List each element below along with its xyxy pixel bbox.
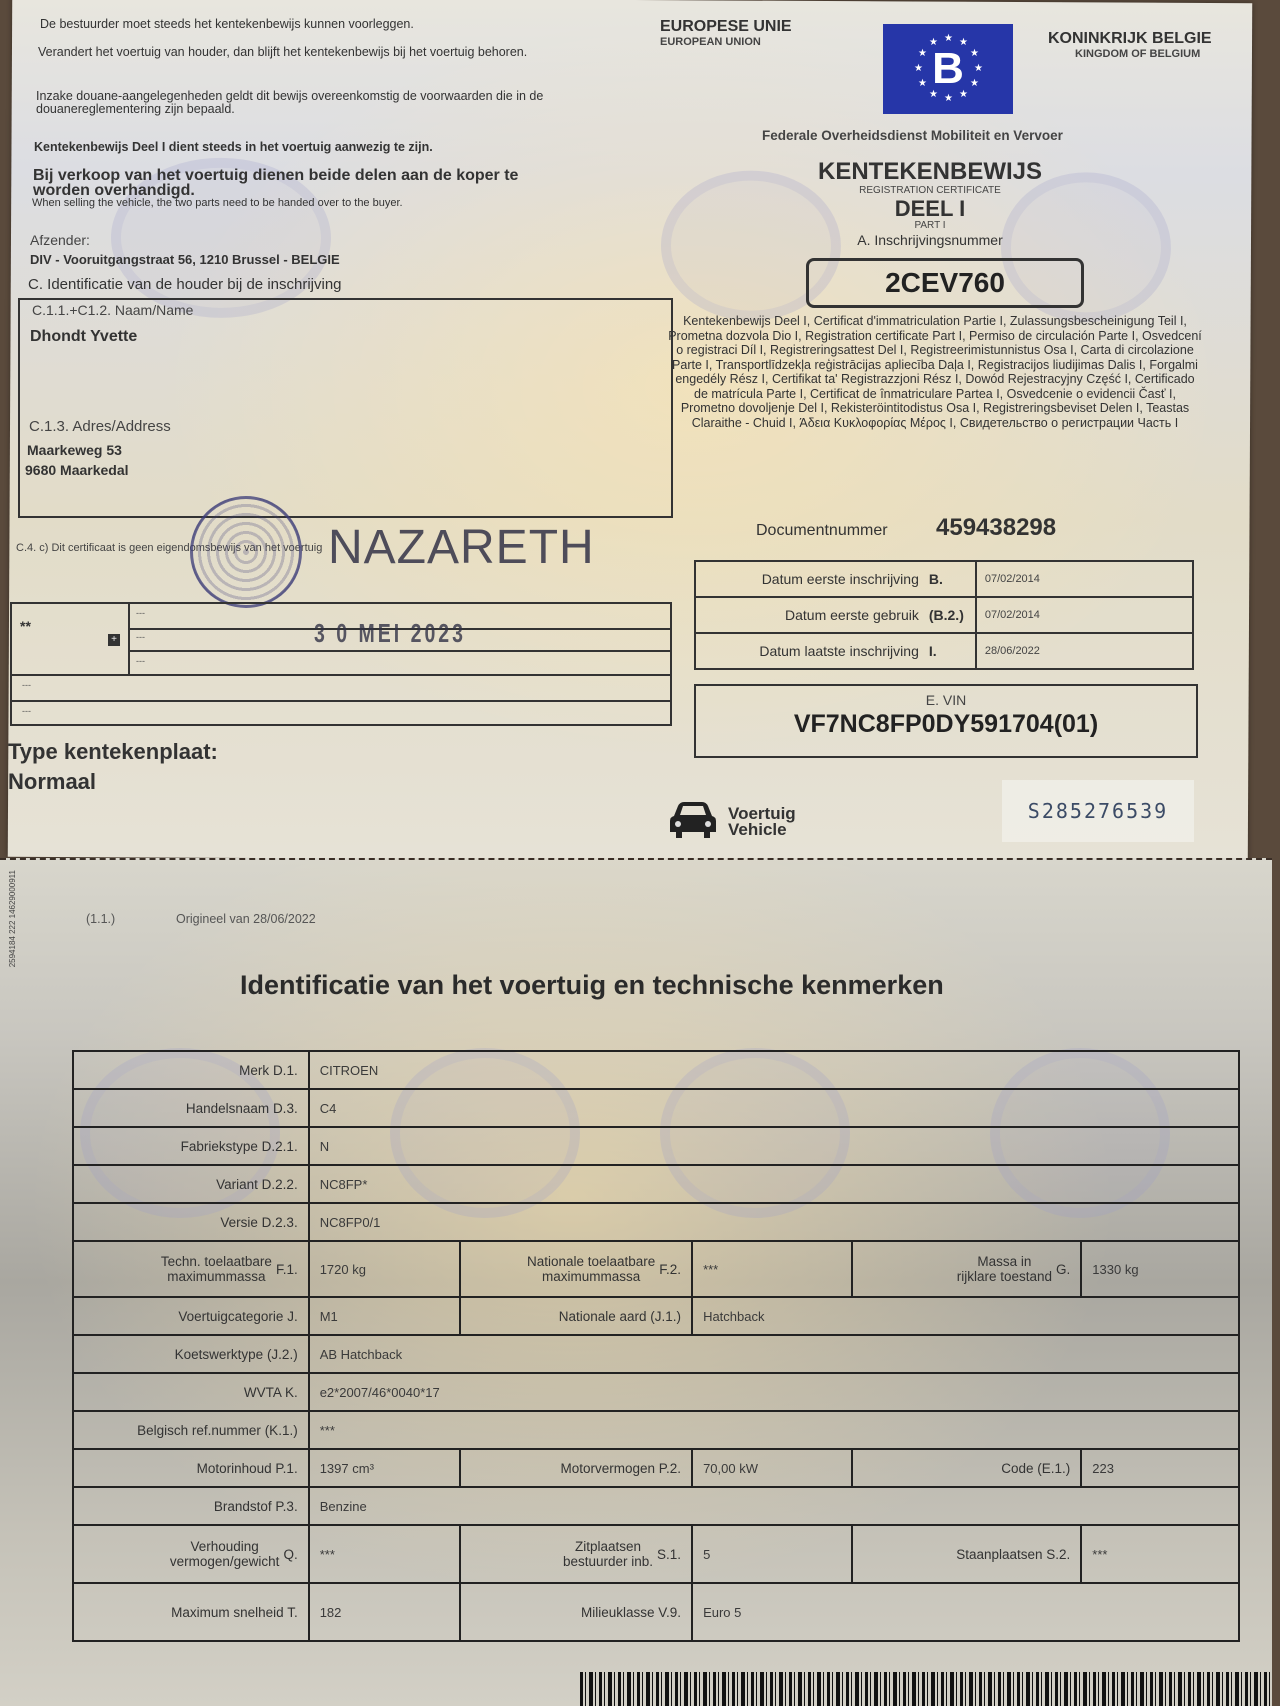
code: F.2. — [659, 1262, 681, 1277]
code: (K.1.) — [265, 1423, 298, 1438]
stamp-date: 3 0 MEI 2023 — [314, 618, 466, 649]
date-code: (B.2.) — [929, 607, 965, 623]
t-value: 182 — [309, 1583, 461, 1641]
label: maximummassa — [542, 1269, 640, 1284]
row-engine: Motorinhoud P.1. 1397 cm³ Motorvermogen … — [73, 1449, 1239, 1487]
label: Code — [1001, 1461, 1033, 1476]
holder-name-label: C.1.1.+C1.2. Naam/Name — [32, 302, 193, 318]
label: Verhouding — [191, 1539, 259, 1554]
label: Fabriekstype — [181, 1139, 258, 1154]
label: Milieuklasse — [581, 1605, 655, 1620]
label: Nationale aard — [559, 1309, 647, 1324]
row-variant: Variant D.2.2. NC8FP* — [73, 1165, 1239, 1203]
barcode — [580, 1672, 1270, 1706]
label: Handelsnaam — [186, 1101, 269, 1116]
label: Motorvermogen — [560, 1461, 655, 1476]
merk-value: CITROEN — [309, 1051, 1239, 1089]
row-category: Voertuigcategorie J. M1 Nationale aard (… — [73, 1297, 1239, 1335]
vin-label: E. VIN — [696, 692, 1196, 708]
holder-city: 9680 Maarkedal — [25, 462, 129, 478]
label: Zitplaatsen — [575, 1539, 641, 1554]
vin-box: E. VIN VF7NC8FP0DY591704(01) — [694, 684, 1198, 758]
date-code: I. — [929, 643, 965, 659]
date-value: 07/02/2014 — [976, 561, 1193, 597]
date-value: 28/06/2022 — [976, 633, 1193, 669]
code: S.2. — [1046, 1547, 1070, 1562]
code: (J.1.) — [650, 1309, 681, 1324]
label: Brandstof — [214, 1499, 272, 1514]
k1-value: *** — [309, 1411, 1239, 1449]
technical-table: Merk D.1. CITROEN Handelsnaam D.3. C4 Fa… — [72, 1050, 1240, 1642]
eu-label-en: EUROPEAN UNION — [660, 36, 761, 48]
f2-value: *** — [692, 1241, 852, 1297]
row-merk: Merk D.1. CITROEN — [73, 1051, 1239, 1089]
row-fuel: Brandstof P.3. Benzine — [73, 1487, 1239, 1525]
holder-street: Maarkeweg 53 — [27, 442, 122, 458]
row-handelsnaam: Handelsnaam D.3. C4 — [73, 1089, 1239, 1127]
date-value: 07/02/2014 — [976, 597, 1193, 633]
code: V.9. — [658, 1605, 681, 1620]
code: T. — [287, 1605, 298, 1620]
reg-stars: ** — [20, 618, 31, 634]
j-value: M1 — [309, 1297, 461, 1335]
eu-label: EUROPESE UNIE — [660, 20, 792, 34]
car-icon — [668, 800, 718, 840]
document-number: 459438298 — [936, 514, 1056, 542]
date-row-first-use: Datum eerste gebruik(B.2.) 07/02/2014 — [695, 597, 1193, 633]
date-label: Datum eerste gebruik — [785, 607, 919, 623]
sender-label: Afzender: — [30, 232, 90, 248]
note-selling-nl: Bij verkoop van het voertuig dienen beid… — [33, 168, 573, 198]
code: P.1. — [275, 1461, 297, 1476]
code: (E.1.) — [1037, 1461, 1070, 1476]
variant-value: NC8FP* — [309, 1165, 1239, 1203]
original-date: Origineel van 28/06/2022 — [176, 912, 316, 926]
sender-address: DIV - Vooruitgangstraat 56, 1210 Brussel… — [30, 252, 340, 267]
code: P.2. — [659, 1461, 681, 1476]
stamp-city: NAZARETH — [328, 520, 595, 575]
note-holder-change: Verandert het voertuig van houder, dan b… — [38, 46, 578, 59]
reg-dash: --- — [22, 680, 31, 690]
technical-section-title: Identificatie van het voertuig en techni… — [240, 970, 944, 1001]
serial-box: S285276539 — [1002, 780, 1194, 842]
label: Versie — [220, 1215, 258, 1230]
plate-number-label: A. Inschrijvingsnummer — [780, 232, 1080, 248]
note-keep-in-vehicle: Kentekenbewijs Deel I dient steeds in he… — [34, 140, 433, 154]
label: Koetswerktype — [175, 1347, 264, 1362]
row-wvta: WVTA K. e2*2007/46*0040*17 — [73, 1373, 1239, 1411]
code: P.3. — [275, 1499, 297, 1514]
row-mass: Techn. toelaatbaremaximummassaF.1. 1720 … — [73, 1241, 1239, 1297]
multilingual-title: Kentekenbewijs Deel I, Certificat d'imma… — [668, 314, 1202, 430]
part-label: DEEL I — [780, 196, 1080, 222]
document-number-label: Documentnummer — [756, 522, 888, 540]
p2-value: 70,00 kW — [692, 1449, 852, 1487]
row-seats: Verhoudingvermogen/gewichtQ. *** Zitplaa… — [73, 1525, 1239, 1583]
note-selling-en: When selling the vehicle, the two parts … — [32, 197, 403, 209]
vin-value: VF7NC8FP0DY591704(01) — [696, 710, 1196, 739]
side-code: 2594184 222 14629000911 — [8, 870, 17, 967]
code: G. — [1056, 1262, 1070, 1277]
note-present-certificate: De bestuurder moet steeds het kentekenbe… — [40, 18, 414, 31]
date-row-last-registration: Datum laatste inschrijvingI. 28/06/2022 — [695, 633, 1193, 669]
label: Techn. toelaatbare — [161, 1254, 272, 1269]
row-ref-number: Belgisch ref.nummer (K.1.) *** — [73, 1411, 1239, 1449]
code: D.2.3. — [262, 1215, 298, 1230]
code: D.3. — [273, 1101, 298, 1116]
row-fabriekstype: Fabriekstype D.2.1. N — [73, 1127, 1239, 1165]
row-body-type: Koetswerktype (J.2.) AB Hatchback — [73, 1335, 1239, 1373]
eu-flag-icon: ★★★ ★★★ ★★★ ★★★ B — [883, 24, 1013, 114]
s2-value: *** — [1081, 1525, 1239, 1583]
holder-address-label: C.1.3. Adres/Address — [29, 418, 171, 435]
label: Belgisch ref.nummer — [137, 1423, 261, 1438]
code: F.1. — [276, 1262, 298, 1277]
s1-value: 5 — [692, 1525, 852, 1583]
kingdom-label-en: KINGDOM OF BELGIUM — [1075, 48, 1200, 60]
k-value: e2*2007/46*0040*17 — [309, 1373, 1239, 1411]
holder-section-title: C. Identificatie van de houder bij de in… — [28, 276, 342, 293]
plus-icon: + — [108, 634, 120, 646]
p1-value: 1397 cm³ — [309, 1449, 461, 1487]
copy-code: (1.1.) — [86, 912, 115, 926]
code: D.1. — [273, 1063, 298, 1078]
label: WVTA — [244, 1385, 281, 1400]
plate-type-value: Normaal — [8, 766, 96, 798]
p3-value: Benzine — [309, 1487, 1239, 1525]
label: Motorinhoud — [197, 1461, 272, 1476]
label: Voertuigcategorie — [178, 1309, 283, 1324]
dates-table: Datum eerste inschrijvingB. 07/02/2014 D… — [694, 560, 1194, 670]
plate-number: 2CEV760 — [806, 258, 1084, 308]
fabriekstype-value: N — [309, 1127, 1239, 1165]
row-versie: Versie D.2.3. NC8FP0/1 — [73, 1203, 1239, 1241]
code: Q. — [283, 1547, 297, 1562]
code: S.1. — [657, 1547, 681, 1562]
date-row-first-registration: Datum eerste inschrijvingB. 07/02/2014 — [695, 561, 1193, 597]
label: Merk — [239, 1063, 269, 1078]
label: Maximum snelheid — [171, 1605, 284, 1620]
code: (J.2.) — [267, 1347, 298, 1362]
plate-type-label: Type kentekenplaat: — [8, 736, 218, 768]
code: K. — [285, 1385, 298, 1400]
note-customs: Inzake douane-aangelegenheden geldt dit … — [36, 90, 616, 116]
versie-value: NC8FP0/1 — [309, 1203, 1239, 1241]
g-value: 1330 kg — [1081, 1241, 1239, 1297]
part-label-en: PART I — [780, 220, 1080, 231]
code: J. — [287, 1309, 298, 1324]
j2-value: AB Hatchback — [309, 1335, 1239, 1373]
label: bestuurder inb. — [563, 1554, 653, 1569]
label: vermogen/gewicht — [170, 1554, 280, 1569]
municipal-seal-icon — [190, 496, 302, 608]
country-code: B — [932, 44, 964, 94]
perforation-line — [0, 858, 1272, 860]
label: Variant — [216, 1177, 258, 1192]
label: maximummassa — [167, 1269, 265, 1284]
reg-dash: --- — [22, 706, 31, 716]
holder-name: Dhondt Yvette — [30, 328, 137, 346]
certificate-title: KENTEKENBEWIJS — [780, 158, 1080, 186]
q-value: *** — [309, 1525, 461, 1583]
date-label: Datum laatste inschrijving — [759, 643, 919, 659]
date-label: Datum eerste inschrijving — [762, 571, 919, 587]
j1-value: Hatchback — [692, 1297, 1239, 1335]
handelsnaam-value: C4 — [309, 1089, 1239, 1127]
vehicle-label-en: Vehicle — [728, 822, 787, 838]
certificate-title-en: REGISTRATION CERTIFICATE — [780, 185, 1080, 196]
label: Nationale toelaatbare — [527, 1254, 655, 1269]
date-code: B. — [929, 571, 965, 587]
label: Massa in — [977, 1254, 1031, 1269]
reg-dash: --- — [136, 656, 145, 666]
issuing-authority: Federale Overheidsdienst Mobiliteit en V… — [762, 128, 1063, 143]
code: D.2.1. — [262, 1139, 298, 1154]
kingdom-label: KONINKRIJK BELGIE — [1048, 32, 1212, 46]
e1-value: 223 — [1081, 1449, 1239, 1487]
label: Staanplaatsen — [956, 1547, 1042, 1562]
serial-number: S285276539 — [1002, 780, 1194, 842]
reg-dash: --- — [136, 608, 145, 618]
v9-value: Euro 5 — [692, 1583, 1239, 1641]
reg-dash: --- — [136, 632, 145, 642]
code: D.2.2. — [262, 1177, 298, 1192]
row-speed-emission: Maximum snelheid T. 182 Milieuklasse V.9… — [73, 1583, 1239, 1641]
f1-value: 1720 kg — [309, 1241, 461, 1297]
label: rijklare toestand — [957, 1269, 1052, 1284]
